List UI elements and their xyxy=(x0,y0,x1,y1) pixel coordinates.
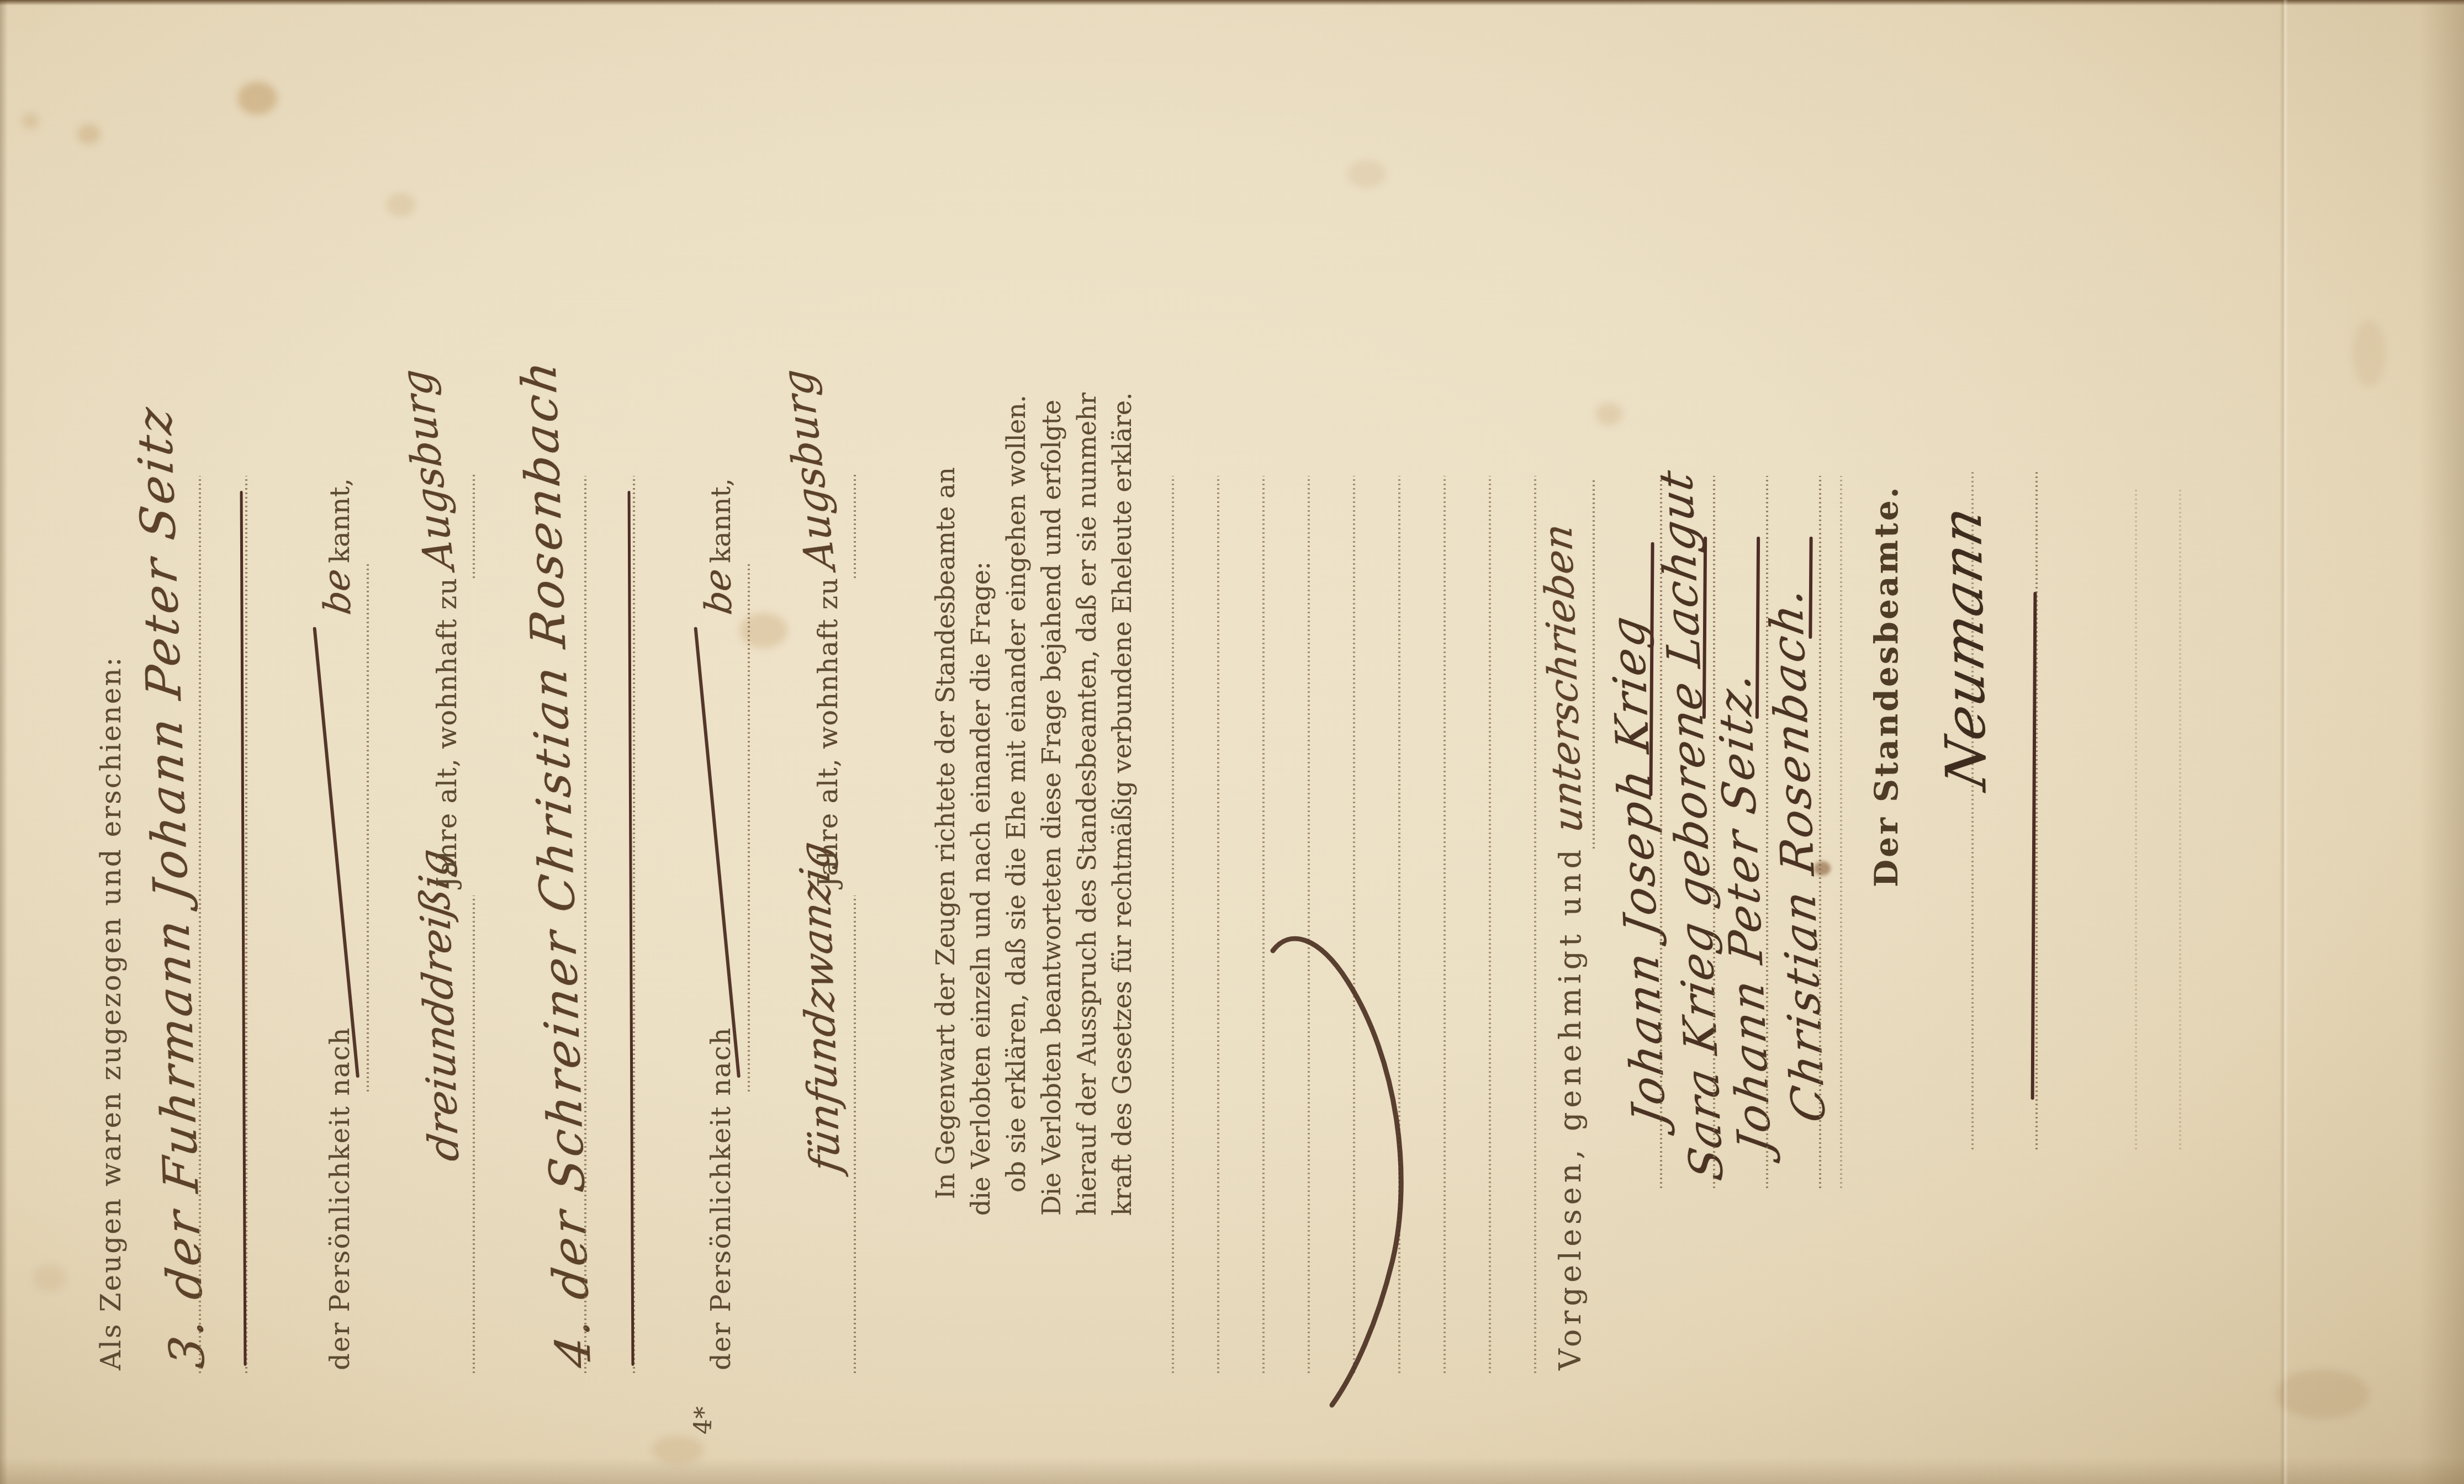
age-handwritten: dreiunddreißig xyxy=(415,849,463,1160)
witness-3-entry: 3. der Fuhrmann Johann Peter Seitz xyxy=(144,405,199,1368)
page-margin-mark: 4* xyxy=(689,1406,718,1435)
page-bottom-shadow xyxy=(0,1457,2464,1484)
residence-hw-text: Augsburg xyxy=(392,368,464,570)
signature-witness-1: Johann Peter Seitz. xyxy=(1719,671,1771,1152)
blank-ruled-line xyxy=(2179,487,2181,1149)
foxing-stain xyxy=(33,1264,66,1292)
identity-label: der Persönlichkeit nach xyxy=(325,1027,356,1371)
residence-hw-text: Augsburg xyxy=(773,368,845,570)
declaration-line: In Gegenwart der Zeugen richtete der Sta… xyxy=(928,492,963,1216)
identity-label: der Persönlichkeit nach xyxy=(706,1027,737,1371)
page-top-edge xyxy=(0,0,2464,6)
signature-text: Christian Rosenbach. xyxy=(1759,582,1836,1126)
blank-ruled-line xyxy=(1172,476,1174,1373)
identity-handwritten-prefix: be xyxy=(697,569,739,614)
ruled-line xyxy=(584,476,586,1373)
witness-4-entry-handwriting: 4. der Schreiner Christian Rosenbach xyxy=(511,355,602,1371)
blank-ruled-line xyxy=(1443,476,1446,1373)
ruled-line xyxy=(199,476,201,1373)
identity-handwritten-prefix: be xyxy=(316,569,358,614)
declaration-paragraph: In Gegenwart der Zeugen richtete der Sta… xyxy=(928,492,1140,1216)
identity-hw-text: be xyxy=(696,566,740,617)
blank-ruled-line xyxy=(1840,476,1842,1188)
age-handwritten: fünfundzwanzig xyxy=(796,842,844,1172)
declaration-line: kraft des Gesetzes für rechtmäßig verbun… xyxy=(1104,492,1140,1216)
age-label: Jahre alt, wohnhaft zu xyxy=(813,577,844,887)
closing-handwritten: unterschrieben xyxy=(1540,524,1586,832)
identity-suffix: kannt, xyxy=(706,478,737,563)
ruled-line xyxy=(748,564,750,1091)
void-flourish-stroke xyxy=(1248,931,1430,1417)
ruled-line xyxy=(473,473,475,578)
foxing-stain xyxy=(2275,1369,2369,1419)
closing-printed: Vorgelesen, genehmigt und xyxy=(1553,845,1588,1370)
closing-hw-text: unterschrieben xyxy=(1534,521,1591,835)
blank-slash-stroke xyxy=(694,627,741,1078)
blank-ruled-line xyxy=(1217,476,1219,1373)
declaration-line: die Verlobten einzeln und nach einander … xyxy=(963,492,998,1216)
age-hw-text: dreiunddreißig xyxy=(410,846,468,1164)
declaration-line: Die Verlobten beantworteten diese Frage … xyxy=(1034,492,1069,1216)
signature-bride: Sara Krieg geborene Lachgut xyxy=(1665,470,1718,1180)
declaration-line: hierauf der Ausspruch des Standesbeamten… xyxy=(1069,492,1104,1216)
page-right-shadow xyxy=(2419,0,2464,1484)
signature-witness-2: Christian Rosenbach. xyxy=(1772,586,1824,1122)
ruled-line xyxy=(1593,479,1595,849)
ruled-line xyxy=(2035,470,2038,1149)
paper-crease xyxy=(2280,0,2288,1484)
ruled-line xyxy=(1819,476,1821,1188)
blank-slash-stroke xyxy=(313,627,359,1078)
age-label: Jahre alt, wohnhaft zu xyxy=(432,577,463,887)
identity-suffix: kannt, xyxy=(325,478,356,563)
registrar-title: Der Standesbeamte. xyxy=(1868,485,1905,887)
scanned-registry-page: Als Zeugen waren zugezogen und erschiene… xyxy=(0,0,2464,1484)
residence-handwritten: Augsburg xyxy=(395,367,460,571)
ruled-line xyxy=(473,895,475,1373)
signature-filler-line xyxy=(1809,537,1812,639)
witness-3-entry-handwriting: 3. der Fuhrmann Johann Peter Seitz xyxy=(126,401,215,1371)
blank-ruled-line xyxy=(2135,487,2137,1149)
age-hw-text: fünfundzwanzig xyxy=(790,839,849,1175)
signature-groom: Johann Joseph Krieg xyxy=(1612,614,1665,1125)
ruled-line xyxy=(854,473,856,578)
foxing-stain xyxy=(2352,320,2386,386)
ruled-line xyxy=(367,564,369,1091)
ruled-line xyxy=(854,895,856,1373)
foxing-stain xyxy=(22,113,39,129)
blank-ruled-line xyxy=(1489,476,1491,1373)
identity-hw-text: be xyxy=(315,566,359,617)
declaration-line: ob sie erklären, daß sie die Ehe mit ein… xyxy=(998,492,1034,1216)
registrar-signature: Neumann xyxy=(1932,507,1996,788)
registrar-signature-text: Neumann xyxy=(1929,500,1998,795)
page-left-edge xyxy=(0,0,8,1484)
witness-4-entry: 4. der Schreiner Christian Rosenbach xyxy=(529,359,584,1368)
blank-ruled-line xyxy=(1534,476,1536,1373)
residence-handwritten: Augsburg xyxy=(776,367,841,571)
witness-intro-line: Als Zeugen waren zugezogen und erschiene… xyxy=(95,656,127,1370)
registry-form: Als Zeugen waren zugezogen und erschiene… xyxy=(66,73,2198,1431)
